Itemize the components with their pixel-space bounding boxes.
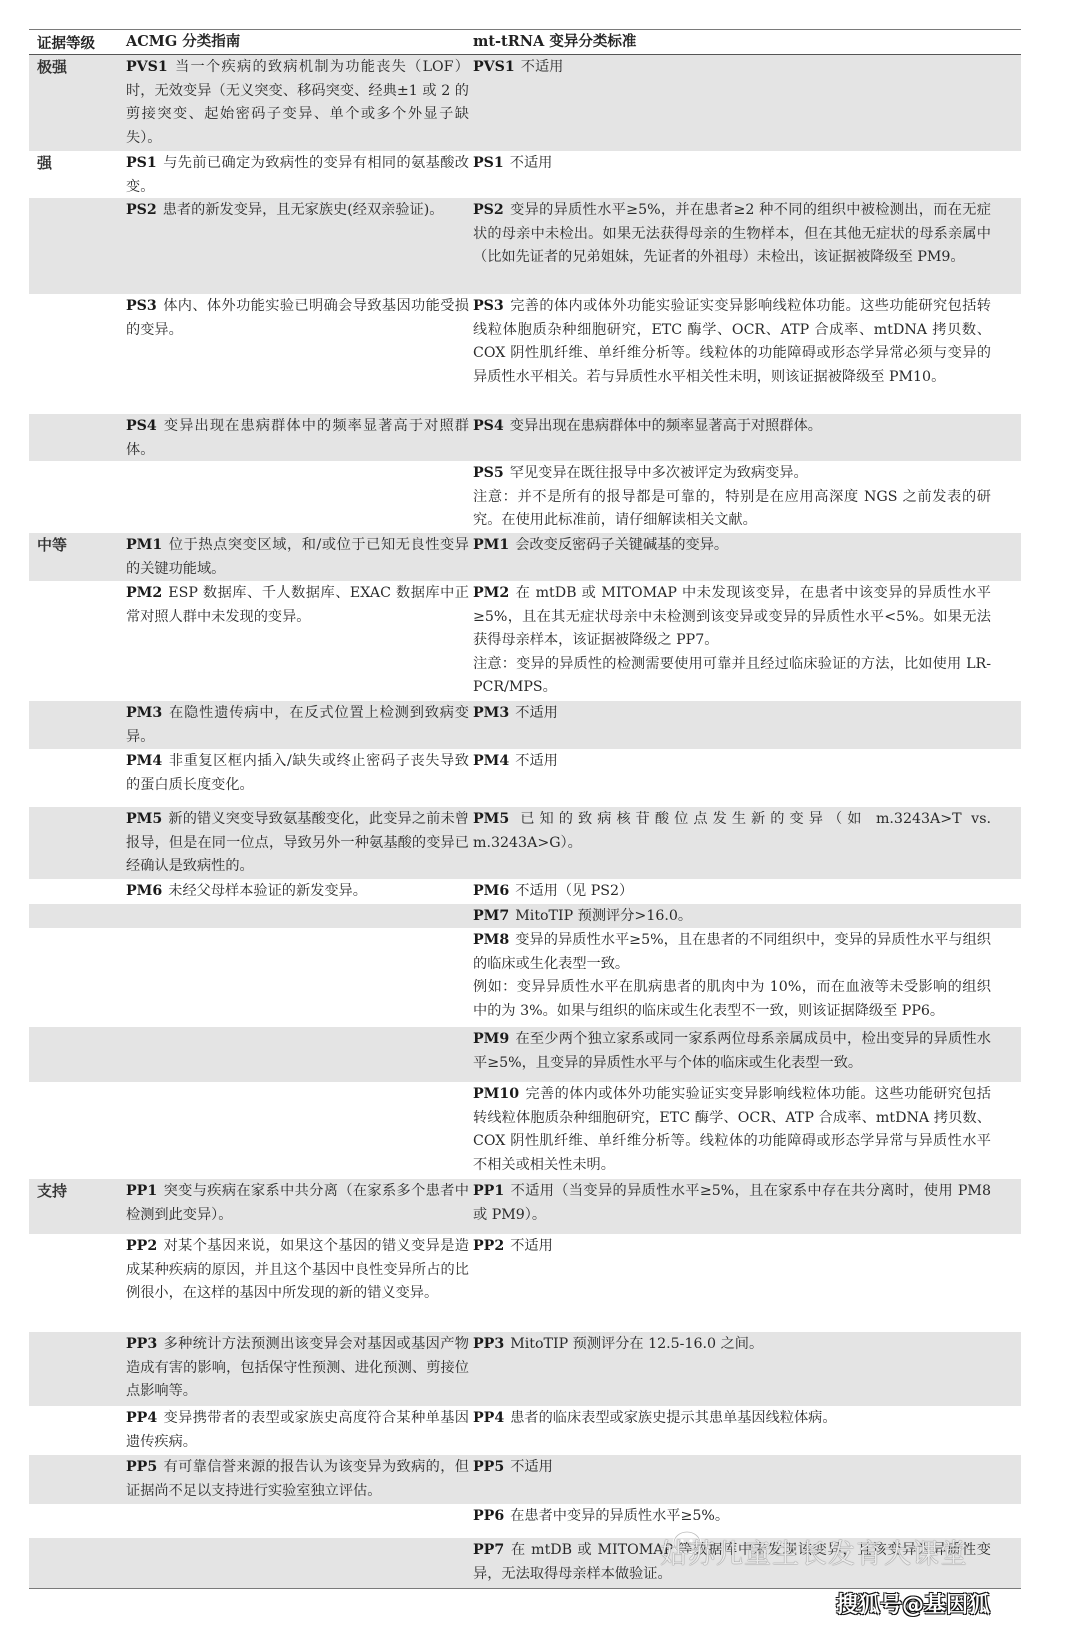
mt-trna-cell: PVS1不适用 bbox=[471, 56, 1021, 151]
acmg-cell bbox=[126, 1083, 471, 1179]
mt-criterion-code: PP7 bbox=[473, 1542, 504, 1558]
evidence-level-cell bbox=[29, 415, 126, 461]
header-mt-trna-criteria: mt-tRNA 变异分类标准 bbox=[471, 30, 1021, 54]
table-row: PM3在隐性遗传病中，在反式位置上检测到致病变异。PM3不适用 bbox=[29, 701, 1021, 749]
acmg-cell: PM3在隐性遗传病中，在反式位置上检测到致病变异。 bbox=[126, 702, 471, 749]
mt-criterion-text: 完善的体内或体外功能实验证实变异影响线粒体功能。这些功能研究包括转线粒体胞质杂种… bbox=[473, 298, 991, 385]
mt-trna-cell: PM2在 mtDB 或 MITOMAP 中未发现该变异，在患者中该变异的异质性水… bbox=[471, 582, 1021, 701]
acmg-cell: PS4变异出现在患病群体中的频率显著高于对照群体。 bbox=[126, 415, 471, 461]
acmg-criterion-code: PVS1 bbox=[126, 59, 168, 75]
mt-criterion-code: PM5 bbox=[473, 811, 509, 827]
evidence-level-cell bbox=[29, 1505, 126, 1538]
acmg-cell bbox=[126, 1505, 471, 1538]
acmg-cell: PP1突变与疾病在家系中共分离（在家系多个患者中检测到此变异）。 bbox=[126, 1180, 471, 1234]
header-acmg-guideline: ACMG 分类指南 bbox=[126, 30, 471, 54]
evidence-level-cell: 强 bbox=[29, 152, 126, 198]
mt-trna-cell: PM7MitoTIP 预测评分>16.0。 bbox=[471, 905, 1021, 928]
acmg-criterion-text: 当一个疾病的致病机制为功能丧失（LOF）时，无效变异（无义突变、移码突变、经典±… bbox=[126, 59, 469, 146]
mt-trna-cell: PM6不适用（见 PS2） bbox=[471, 880, 1021, 904]
mt-criterion-text: 不适用 bbox=[515, 705, 558, 721]
table-row: PP5有可靠信誉来源的报告认为该变异为致病的，但证据尚不足以支持进行实验室独立评… bbox=[29, 1455, 1021, 1504]
table-row: 强PS1与先前已确定为致病性的变异有相同的氨基酸改变。PS1不适用 bbox=[29, 151, 1021, 198]
acmg-criterion-text: 多种统计方法预测出该变异会对基因或基因产物造成有害的影响，包括保守性预测、进化预… bbox=[126, 1336, 469, 1399]
acmg-criterion-text: 变异出现在患病群体中的频率显著高于对照群体。 bbox=[126, 418, 469, 458]
acmg-cell: PM1位于热点突变区域，和/或位于已知无良性变异的关键功能域。 bbox=[126, 534, 471, 581]
acmg-cell bbox=[126, 905, 471, 928]
acmg-criterion-code: PP4 bbox=[126, 1410, 157, 1426]
mt-criterion-text: MitoTIP 预测评分在 12.5-16.0 之间。 bbox=[510, 1336, 763, 1352]
acmg-criterion-code: PP3 bbox=[126, 1336, 157, 1352]
acmg-criterion-text: 未经父母样本验证的新发变异。 bbox=[168, 883, 367, 899]
evidence-level-cell bbox=[29, 880, 126, 904]
evidence-level-cell bbox=[29, 295, 126, 414]
mt-trna-cell: PS4变异出现在患病群体中的频率显著高于对照群体。 bbox=[471, 415, 1021, 461]
mt-criterion-code: PS3 bbox=[473, 298, 504, 314]
mt-criterion-code: PM3 bbox=[473, 705, 509, 721]
acmg-criterion-code: PS2 bbox=[126, 202, 157, 218]
mt-criterion-text: MitoTIP 预测评分>16.0。 bbox=[515, 908, 692, 924]
mt-criterion-code: PS4 bbox=[473, 418, 504, 434]
evidence-level-cell bbox=[29, 1456, 126, 1504]
mt-trna-cell: PS5罕见变异在既往报导中多次被评定为致病变异。注意：并不是所有的报导都是可靠的… bbox=[471, 462, 1021, 533]
mt-criterion-code: PM1 bbox=[473, 537, 509, 553]
acmg-criterion-code: PS4 bbox=[126, 418, 157, 434]
acmg-criterion-code: PM6 bbox=[126, 883, 162, 899]
acmg-cell bbox=[126, 462, 471, 533]
acmg-criterion-code: PM5 bbox=[126, 811, 162, 827]
header-evidence-level: 证据等级 bbox=[29, 32, 126, 53]
table-row: PM5新的错义突变导致氨基酸变化，此变异之前未曾报导，但是在同一位点，导致另外一… bbox=[29, 807, 1021, 879]
mt-trna-cell: PS1不适用 bbox=[471, 152, 1021, 198]
table-row: PS3体内、体外功能实验已明确会导致基因功能受损的变异。PS3完善的体内或体外功… bbox=[29, 294, 1021, 414]
acmg-criterion-code: PP5 bbox=[126, 1459, 157, 1475]
table-row: PS5罕见变异在既往报导中多次被评定为致病变异。注意：并不是所有的报导都是可靠的… bbox=[29, 461, 1021, 533]
table-row: PP3多种统计方法预测出该变异会对基因或基因产物造成有害的影响，包括保守性预测、… bbox=[29, 1332, 1021, 1406]
mt-criterion-code: PP6 bbox=[473, 1508, 504, 1524]
acmg-criterion-code: PM2 bbox=[126, 585, 162, 601]
evidence-level-cell bbox=[29, 462, 126, 533]
mt-criterion-text: 不适用 bbox=[510, 1238, 553, 1254]
acmg-cell: PVS1当一个疾病的致病机制为功能丧失（LOF）时，无效变异（无义突变、移码突变… bbox=[126, 56, 471, 151]
mt-criterion-text: 患者的临床表型或家族史提示其患单基因线粒体病。 bbox=[510, 1410, 836, 1426]
evidence-level-cell: 中等 bbox=[29, 534, 126, 581]
acmg-criterion-code: PM3 bbox=[126, 705, 162, 721]
mt-criterion-code: PS2 bbox=[473, 202, 504, 218]
table-row: PM7MitoTIP 预测评分>16.0。 bbox=[29, 904, 1021, 928]
mt-trna-cell: PS2变异的异质性水平≥5%，并在患者≥2 种不同的组织中被检测出，而在无症状的… bbox=[471, 199, 1021, 294]
mt-criterion-code: PM8 bbox=[473, 932, 509, 948]
mt-criterion-text: 在患者中变异的异质性水平≥5%。 bbox=[510, 1508, 729, 1524]
mt-criterion-code: PP5 bbox=[473, 1459, 504, 1475]
evidence-level-cell bbox=[29, 199, 126, 294]
source-credit: 搜狐号@基因狐 bbox=[836, 1588, 990, 1619]
mt-trna-cell: PM4不适用 bbox=[471, 750, 1021, 807]
mt-criterion-code: PS1 bbox=[473, 155, 504, 171]
acmg-criterion-text: 有可靠信誉来源的报告认为该变异为致病的，但证据尚不足以支持进行实验室独立评估。 bbox=[126, 1459, 469, 1499]
evidence-level-cell: 极强 bbox=[29, 56, 126, 151]
evidence-level-cell bbox=[29, 750, 126, 807]
acmg-cell: PP2对某个基因来说，如果这个基因的错义变异是造成某种疾病的原因，并且这个基因中… bbox=[126, 1235, 471, 1332]
acmg-criterion-code: PS3 bbox=[126, 298, 157, 314]
acmg-criterion-code: PM1 bbox=[126, 537, 162, 553]
mt-trna-cell: PP4患者的临床表型或家族史提示其患单基因线粒体病。 bbox=[471, 1407, 1021, 1455]
mt-criterion-text: 不适用 bbox=[515, 753, 558, 769]
mt-criterion-text: 不适用 bbox=[521, 59, 564, 75]
table-row: 支持PP1突变与疾病在家系中共分离（在家系多个患者中检测到此变异）。PP1不适用… bbox=[29, 1179, 1021, 1234]
table-row: PM6未经父母样本验证的新发变异。PM6不适用（见 PS2） bbox=[29, 879, 1021, 904]
table-header-row: 证据等级 ACMG 分类指南 mt-tRNA 变异分类标准 bbox=[29, 30, 1021, 55]
evidence-level-cell bbox=[29, 1407, 126, 1455]
acmg-cell: PS2患者的新发变异，且无家族史(经双亲验证)。 bbox=[126, 199, 471, 294]
mt-criterion-text: 不适用 bbox=[510, 1459, 553, 1475]
acmg-criterion-code: PS1 bbox=[126, 155, 157, 171]
table-row: PS4变异出现在患病群体中的频率显著高于对照群体。PS4变异出现在患病群体中的频… bbox=[29, 414, 1021, 461]
mt-criterion-text: 完善的体内或体外功能实验证实变异影响线粒体功能。这些功能研究包括转线粒体胞质杂种… bbox=[473, 1086, 991, 1173]
mt-trna-cell: PP3MitoTIP 预测评分在 12.5-16.0 之间。 bbox=[471, 1333, 1021, 1406]
acmg-criterion-text: 体内、体外功能实验已明确会导致基因功能受损的变异。 bbox=[126, 298, 469, 338]
acmg-criterion-text: 变异携带者的表型或家族史高度符合某种单基因遗传疾病。 bbox=[126, 1410, 469, 1450]
table-row: PM8变异的异质性水平≥5%，且在患者的不同组织中，变异的异质性水平与组织的临床… bbox=[29, 928, 1021, 1027]
mt-trna-cell: PP2不适用 bbox=[471, 1235, 1021, 1332]
acmg-criterion-text: 在隐性遗传病中，在反式位置上检测到致病变异。 bbox=[126, 705, 469, 745]
acmg-criterion-text: 突变与疾病在家系中共分离（在家系多个患者中检测到此变异）。 bbox=[126, 1183, 469, 1223]
mt-criterion-text: 变异出现在患病群体中的频率显著高于对照群体。 bbox=[510, 418, 822, 434]
mt-criterion-code: PM10 bbox=[473, 1086, 519, 1102]
mt-trna-cell: PM10完善的体内或体外功能实验证实变异影响线粒体功能。这些功能研究包括转线粒体… bbox=[471, 1083, 1021, 1179]
table-row: PS2患者的新发变异，且无家族史(经双亲验证)。PS2变异的异质性水平≥5%，并… bbox=[29, 198, 1021, 294]
evidence-level-cell bbox=[29, 905, 126, 928]
table-row: PM9在至少两个独立家系或同一家系两位母系亲属成员中，检出变异的异质性水平≥5%… bbox=[29, 1027, 1021, 1082]
channel-watermark: 姑苏儿童生长发育大课堂 bbox=[660, 1532, 968, 1571]
mt-criterion-text: 在至少两个独立家系或同一家系两位母系亲属成员中，检出变异的异质性水平≥5%，且变… bbox=[473, 1031, 991, 1071]
mt-criterion-text: 变异的异质性水平≥5%，且在患者的不同组织中，变异的异质性水平与组织的临床或生化… bbox=[473, 932, 991, 972]
mt-criterion-text: 不适用（见 PS2） bbox=[515, 883, 633, 899]
mt-trna-cell: PM3不适用 bbox=[471, 702, 1021, 749]
table-row: PM4非重复区框内插入/缺失或终止密码子丧失导致的蛋白质长度变化。PM4不适用 bbox=[29, 749, 1021, 807]
mt-trna-cell: PP1不适用（当变异的异质性水平≥5%，且在家系中存在共分离时，使用 PM8 或… bbox=[471, 1180, 1021, 1234]
mt-criterion-text: 不适用 bbox=[510, 155, 553, 171]
table-row: PP2对某个基因来说，如果这个基因的错义变异是造成某种疾病的原因，并且这个基因中… bbox=[29, 1234, 1021, 1332]
mt-criterion-text: 变异的异质性水平≥5%，并在患者≥2 种不同的组织中被检测出，而在无症状的母亲中… bbox=[473, 202, 991, 265]
mt-criterion-text: 在 mtDB 或 MITOMAP 中未发现该变异，在患者中该变异的异质性水平≥5… bbox=[473, 585, 991, 648]
table-row: 极强PVS1当一个疾病的致病机制为功能丧失（LOF）时，无效变异（无义突变、移码… bbox=[29, 55, 1021, 151]
mt-criterion-code: PM7 bbox=[473, 908, 509, 924]
acmg-criterion-code: PP1 bbox=[126, 1183, 157, 1199]
mt-criterion-code: PVS1 bbox=[473, 59, 515, 75]
evidence-level-cell bbox=[29, 1083, 126, 1179]
evidence-level-cell bbox=[29, 1028, 126, 1082]
acmg-criterion-code: PM4 bbox=[126, 753, 162, 769]
table-row: PM2ESP 数据库、千人数据库、EXAC 数据库中正常对照人群中未发现的变异。… bbox=[29, 581, 1021, 701]
mt-criterion-note: 注意：变异的异质性的检测需要使用可靠并且经过临床验证的方法，比如使用 LR-PC… bbox=[473, 653, 991, 700]
mt-criterion-text: 不适用（当变异的异质性水平≥5%，且在家系中存在共分离时，使用 PM8 或 PM… bbox=[473, 1183, 991, 1223]
acmg-cell: PS3体内、体外功能实验已明确会导致基因功能受损的变异。 bbox=[126, 295, 471, 414]
acmg-cell bbox=[126, 1539, 471, 1588]
mt-criterion-code: PM9 bbox=[473, 1031, 509, 1047]
mt-criterion-code: PM6 bbox=[473, 883, 509, 899]
acmg-criterion-text: 患者的新发变异，且无家族史(经双亲验证)。 bbox=[163, 202, 444, 218]
acmg-criterion-text: 新的错义突变导致氨基酸变化，此变异之前未曾报导，但是在同一位点，导致另外一种氨基… bbox=[126, 811, 469, 874]
acmg-criterion-text: ESP 数据库、千人数据库、EXAC 数据库中正常对照人群中未发现的变异。 bbox=[126, 585, 469, 625]
acmg-criterion-text: 非重复区框内插入/缺失或终止密码子丧失导致的蛋白质长度变化。 bbox=[126, 753, 469, 793]
acmg-cell: PM6未经父母样本验证的新发变异。 bbox=[126, 880, 471, 904]
mt-trna-cell: PM1会改变反密码子关键碱基的变异。 bbox=[471, 534, 1021, 581]
mt-criterion-code: PP3 bbox=[473, 1336, 504, 1352]
mt-criterion-note: 注意：并不是所有的报导都是可靠的，特别是在应用高深度 NGS 之前发表的研究。在… bbox=[473, 486, 991, 533]
evidence-level-cell bbox=[29, 1235, 126, 1332]
acmg-criterion-text: 位于热点突变区域，和/或位于已知无良性变异的关键功能域。 bbox=[126, 537, 469, 577]
acmg-cell: PM2ESP 数据库、千人数据库、EXAC 数据库中正常对照人群中未发现的变异。 bbox=[126, 582, 471, 701]
mt-criterion-note: 例如：变异异质性水平在肌病患者的肌肉中为 10%，而在血液等未受影响的组织中的为… bbox=[473, 976, 991, 1023]
mt-trna-cell: PM8变异的异质性水平≥5%，且在患者的不同组织中，变异的异质性水平与组织的临床… bbox=[471, 929, 1021, 1027]
mt-criterion-code: PM2 bbox=[473, 585, 509, 601]
acmg-criterion-text: 对某个基因来说，如果这个基因的错义变异是造成某种疾病的原因，并且这个基因中良性变… bbox=[126, 1238, 469, 1301]
mt-trna-cell: PM5已知的致病核苷酸位点发生新的变异（如 m.3243A>T vs. m.32… bbox=[471, 808, 1021, 879]
table-row: PP4变异携带者的表型或家族史高度符合某种单基因遗传疾病。PP4患者的临床表型或… bbox=[29, 1406, 1021, 1455]
mt-criterion-text: 已知的致病核苷酸位点发生新的变异（如 m.3243A>T vs. m.3243A… bbox=[473, 811, 991, 851]
evidence-level-cell bbox=[29, 702, 126, 749]
mt-criterion-code: PS5 bbox=[473, 465, 504, 481]
evidence-level-cell bbox=[29, 808, 126, 879]
acmg-cell bbox=[126, 1028, 471, 1082]
mt-trna-cell: PS3完善的体内或体外功能实验证实变异影响线粒体功能。这些功能研究包括转线粒体胞… bbox=[471, 295, 1021, 414]
mt-criterion-code: PP1 bbox=[473, 1183, 504, 1199]
mt-criterion-text: 会改变反密码子关键碱基的变异。 bbox=[515, 537, 728, 553]
acmg-cell: PP5有可靠信誉来源的报告认为该变异为致病的，但证据尚不足以支持进行实验室独立评… bbox=[126, 1456, 471, 1504]
acmg-cell: PP4变异携带者的表型或家族史高度符合某种单基因遗传疾病。 bbox=[126, 1407, 471, 1455]
acmg-cell: PP3多种统计方法预测出该变异会对基因或基因产物造成有害的影响，包括保守性预测、… bbox=[126, 1333, 471, 1406]
evidence-level-cell bbox=[29, 582, 126, 701]
table-body: 极强PVS1当一个疾病的致病机制为功能丧失（LOF）时，无效变异（无义突变、移码… bbox=[29, 55, 1021, 1588]
acmg-mt-trna-table: 证据等级 ACMG 分类指南 mt-tRNA 变异分类标准 极强PVS1当一个疾… bbox=[29, 29, 1021, 1589]
mt-criterion-code: PP2 bbox=[473, 1238, 504, 1254]
acmg-criterion-text: 与先前已确定为致病性的变异有相同的氨基酸改变。 bbox=[126, 155, 469, 195]
mt-trna-cell: PM9在至少两个独立家系或同一家系两位母系亲属成员中，检出变异的异质性水平≥5%… bbox=[471, 1028, 1021, 1082]
acmg-cell: PS1与先前已确定为致病性的变异有相同的氨基酸改变。 bbox=[126, 152, 471, 198]
mt-trna-cell: PP5不适用 bbox=[471, 1456, 1021, 1504]
evidence-level-cell bbox=[29, 1333, 126, 1406]
acmg-cell: PM4非重复区框内插入/缺失或终止密码子丧失导致的蛋白质长度变化。 bbox=[126, 750, 471, 807]
table-row: 中等PM1位于热点突变区域，和/或位于已知无良性变异的关键功能域。PM1会改变反… bbox=[29, 533, 1021, 581]
acmg-cell bbox=[126, 929, 471, 1027]
evidence-level-cell: 支持 bbox=[29, 1180, 126, 1234]
mt-criterion-code: PP4 bbox=[473, 1410, 504, 1426]
acmg-criterion-code: PP2 bbox=[126, 1238, 157, 1254]
evidence-level-cell bbox=[29, 1539, 126, 1588]
mt-criterion-code: PM4 bbox=[473, 753, 509, 769]
table-row: PM10完善的体内或体外功能实验证实变异影响线粒体功能。这些功能研究包括转线粒体… bbox=[29, 1082, 1021, 1179]
acmg-cell: PM5新的错义突变导致氨基酸变化，此变异之前未曾报导，但是在同一位点，导致另外一… bbox=[126, 808, 471, 879]
evidence-level-cell bbox=[29, 929, 126, 1027]
mt-criterion-text: 罕见变异在既往报导中多次被评定为致病变异。 bbox=[510, 465, 808, 481]
